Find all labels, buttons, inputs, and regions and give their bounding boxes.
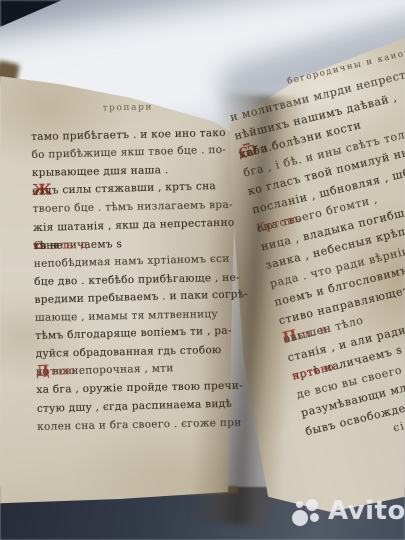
left-page-header: тропари <box>102 102 153 113</box>
watermark-text: Avito <box>328 496 405 526</box>
avito-logo-icon <box>292 499 324 529</box>
photo-open-antique-book: тропари тамо прибѣгаетъ . и кое ино тако… <box>0 0 405 540</box>
page-signature: єі <box>392 419 405 434</box>
left-page-text: тропари тамо прибѣгаетъ . и кое ино тако… <box>30 101 225 445</box>
avito-watermark: Avito <box>292 496 402 532</box>
